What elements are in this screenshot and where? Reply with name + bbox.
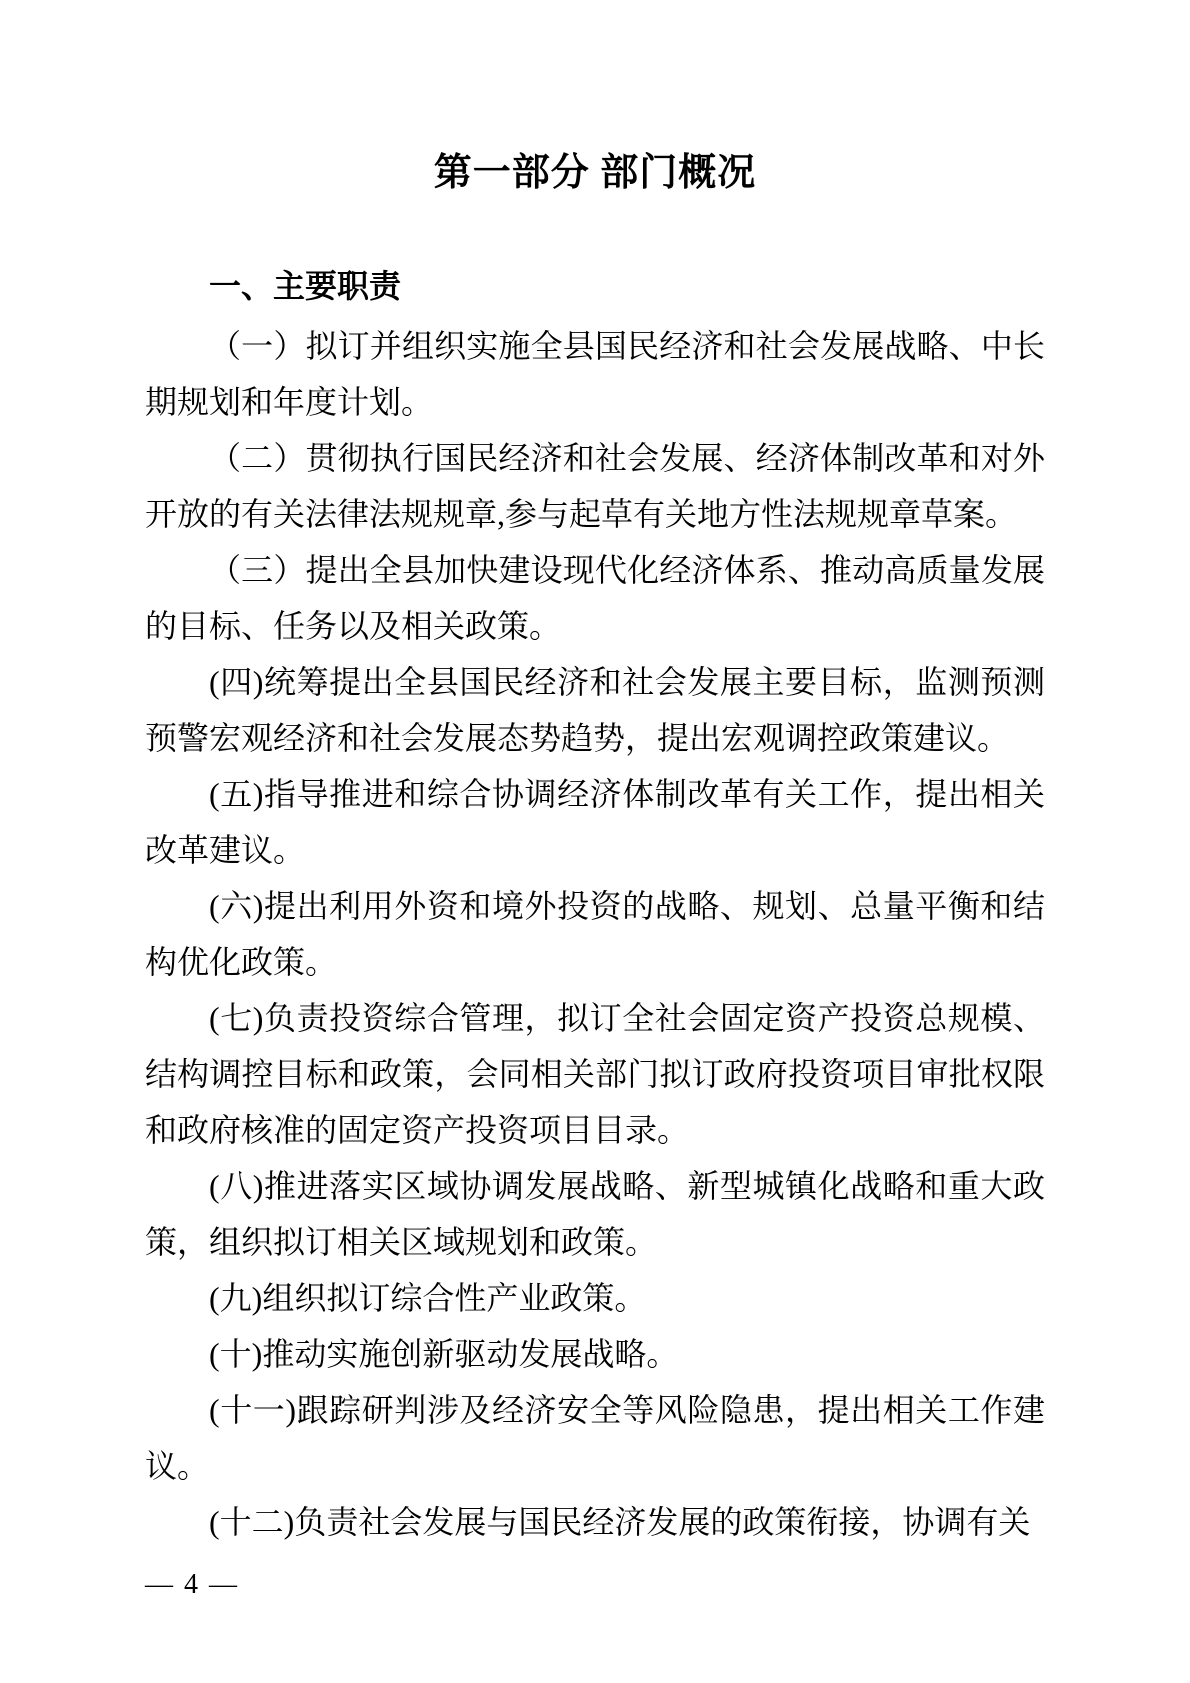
body-text: （一）拟订并组织实施全县国民经济和社会发展战略、中长期规划和年度计划。 （二）贯…: [145, 318, 1045, 1550]
paragraph: (九)组织拟订综合性产业政策。: [145, 1270, 1045, 1326]
section-heading: 一、主要职责: [145, 268, 1045, 304]
paragraph: （二）贯彻执行国民经济和社会发展、经济体制改革和对外开放的有关法律法规规章,参与…: [145, 430, 1045, 542]
paragraph: (十二)负责社会发展与国民经济发展的政策衔接，协调有关: [145, 1494, 1045, 1550]
paragraph: (十)推动实施创新驱动发展战略。: [145, 1326, 1045, 1382]
paragraph: (十一)跟踪研判涉及经济安全等风险隐患，提出相关工作建议。: [145, 1382, 1045, 1494]
page-number: — 4 —: [145, 1568, 239, 1602]
paragraph: （一）拟订并组织实施全县国民经济和社会发展战略、中长期规划和年度计划。: [145, 318, 1045, 430]
paragraph: (八)推进落实区域协调发展战略、新型城镇化战略和重大政策，组织拟订相关区域规划和…: [145, 1158, 1045, 1270]
page-title: 第一部分 部门概况: [145, 150, 1045, 196]
document-page: 第一部分 部门概况 一、主要职责 （一）拟订并组织实施全县国民经济和社会发展战略…: [0, 0, 1190, 1683]
paragraph: (五)指导推进和综合协调经济体制改革有关工作，提出相关改革建议。: [145, 766, 1045, 878]
paragraph: (四)统筹提出全县国民经济和社会发展主要目标，监测预测预警宏观经济和社会发展态势…: [145, 654, 1045, 766]
paragraph: （三）提出全县加快建设现代化经济体系、推动高质量发展的目标、任务以及相关政策。: [145, 542, 1045, 654]
document-content: 第一部分 部门概况 一、主要职责 （一）拟订并组织实施全县国民经济和社会发展战略…: [145, 0, 1045, 1550]
paragraph: (七)负责投资综合管理，拟订全社会固定资产投资总规模、结构调控目标和政策，会同相…: [145, 990, 1045, 1158]
paragraph: (六)提出利用外资和境外投资的战略、规划、总量平衡和结构优化政策。: [145, 878, 1045, 990]
